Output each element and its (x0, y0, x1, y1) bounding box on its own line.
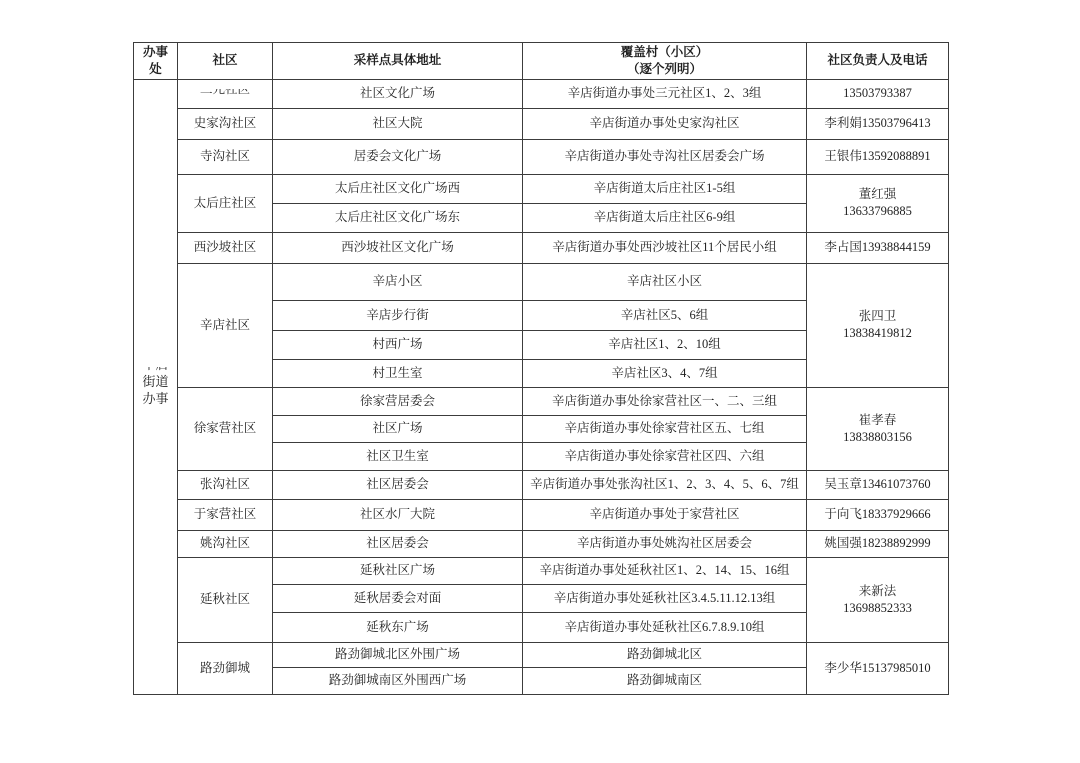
coverage-cell: 辛店街道办事处西沙坡社区11个居民小组 (523, 232, 807, 263)
community-cell: 西沙坡社区 (178, 232, 273, 263)
coverage-cell: 辛店街道办事处三元社区1、2、3组 (523, 79, 807, 108)
address-cell: 西沙坡社区文化广场 (273, 232, 523, 263)
address-cell: 居委会文化广场 (273, 139, 523, 174)
table-row: 西沙坡社区 西沙坡社区文化广场 辛店街道办事处西沙坡社区11个居民小组 李占国1… (134, 232, 949, 263)
table-row: 辛店社区 辛店小区 辛店社区小区 张四卫 13838419812 (134, 263, 949, 300)
address-cell: 社区广场 (273, 415, 523, 442)
coverage-cell: 辛店街道办事处徐家营社区一、二、三组 (523, 387, 807, 415)
address-cell: 太后庄社区文化广场东 (273, 203, 523, 232)
header-row: 办事处 社区 采样点具体地址 覆盖村（小区） （逐个列明） 社区负责人及电话 (134, 43, 949, 80)
coverage-cell: 辛店街道太后庄社区1-5组 (523, 174, 807, 203)
header-address: 采样点具体地址 (273, 43, 523, 80)
header-community: 社区 (178, 43, 273, 80)
contact-cell: 董红强 13633796885 (807, 174, 949, 232)
header-coverage: 覆盖村（小区） （逐个列明） (523, 43, 807, 80)
community-clip: 三元社区 (182, 89, 268, 99)
address-cell: 辛店步行街 (273, 300, 523, 330)
coverage-cell: 辛店社区3、4、7组 (523, 359, 807, 387)
contact-cell: 崔孝春 13838803156 (807, 387, 949, 470)
coverage-cell: 辛店街道办事处寺沟社区居委会广场 (523, 139, 807, 174)
coverage-cell: 辛店街道办事处张沟社区1、2、3、4、5、6、7组 (523, 470, 807, 499)
address-cell: 村西广场 (273, 330, 523, 359)
address-cell: 路劲御城南区外围西广场 (273, 667, 523, 694)
table-row: 史家沟社区 社区大院 辛店街道办事处史家沟社区 李利娟13503796413 (134, 108, 949, 139)
contact-cell: 来新法 13698852333 (807, 557, 949, 642)
coverage-cell: 辛店社区5、6组 (523, 300, 807, 330)
coverage-cell: 辛店街道办事处徐家营社区五、七组 (523, 415, 807, 442)
header-contact: 社区负责人及电话 (807, 43, 949, 80)
community-cell: 姚沟社区 (178, 530, 273, 557)
office-clip: 辛店街道办事处 (138, 367, 173, 407)
sampling-points-table: 办事处 社区 采样点具体地址 覆盖村（小区） （逐个列明） 社区负责人及电话 辛… (133, 42, 949, 695)
community-cell: 寺沟社区 (178, 139, 273, 174)
coverage-cell: 辛店街道办事处延秋社区3.4.5.11.12.13组 (523, 584, 807, 612)
table-row: 辛店街道办事处 三元社区 社区文化广场 辛店街道办事处三元社区1、2、3组 13… (134, 79, 949, 108)
address-cell: 路劲御城北区外围广场 (273, 642, 523, 667)
table-row: 于家营社区 社区水厂大院 辛店街道办事处于家营社区 于向飞18337929666 (134, 499, 949, 530)
community-cell: 路劲御城 (178, 642, 273, 694)
coverage-cell: 辛店街道太后庄社区6-9组 (523, 203, 807, 232)
table-row: 张沟社区 社区居委会 辛店街道办事处张沟社区1、2、3、4、5、6、7组 吴玉章… (134, 470, 949, 499)
community-cell: 徐家营社区 (178, 387, 273, 470)
header-office: 办事处 (134, 43, 178, 80)
address-cell: 社区居委会 (273, 470, 523, 499)
address-cell: 村卫生室 (273, 359, 523, 387)
community-cell: 史家沟社区 (178, 108, 273, 139)
contact-cell: 李占国13938844159 (807, 232, 949, 263)
address-cell: 延秋东广场 (273, 612, 523, 642)
community-cell: 于家营社区 (178, 499, 273, 530)
table-row: 太后庄社区 太后庄社区文化广场西 辛店街道太后庄社区1-5组 董红强 13633… (134, 174, 949, 203)
contact-cell: 李利娟13503796413 (807, 108, 949, 139)
office-name: 辛店街道办事处 (138, 367, 173, 407)
coverage-cell: 辛店社区小区 (523, 263, 807, 300)
community-name: 三元社区 (182, 89, 268, 98)
coverage-cell: 辛店街道办事处延秋社区1、2、14、15、16组 (523, 557, 807, 584)
address-cell: 社区文化广场 (273, 79, 523, 108)
address-cell: 辛店小区 (273, 263, 523, 300)
contact-cell: 张四卫 13838419812 (807, 263, 949, 387)
contact-cell: 姚国强18238892999 (807, 530, 949, 557)
community-cell: 辛店社区 (178, 263, 273, 387)
coverage-cell: 辛店街道办事处于家营社区 (523, 499, 807, 530)
coverage-cell: 辛店街道办事处姚沟社区居委会 (523, 530, 807, 557)
address-cell: 社区卫生室 (273, 442, 523, 470)
contact-cell: 13503793387 (807, 79, 949, 108)
contact-cell: 王银伟13592088891 (807, 139, 949, 174)
community-cell: 延秋社区 (178, 557, 273, 642)
table-row: 延秋社区 延秋社区广场 辛店街道办事处延秋社区1、2、14、15、16组 来新法… (134, 557, 949, 584)
community-cell: 三元社区 (178, 79, 273, 108)
community-cell: 太后庄社区 (178, 174, 273, 232)
coverage-cell: 路劲御城北区 (523, 642, 807, 667)
coverage-cell: 辛店街道办事处延秋社区6.7.8.9.10组 (523, 612, 807, 642)
address-cell: 社区大院 (273, 108, 523, 139)
contact-cell: 李少华15137985010 (807, 642, 949, 694)
table-row: 徐家营社区 徐家营居委会 辛店街道办事处徐家营社区一、二、三组 崔孝春 1383… (134, 387, 949, 415)
address-cell: 延秋社区广场 (273, 557, 523, 584)
address-cell: 徐家营居委会 (273, 387, 523, 415)
coverage-cell: 辛店街道办事处史家沟社区 (523, 108, 807, 139)
table-row: 寺沟社区 居委会文化广场 辛店街道办事处寺沟社区居委会广场 王银伟1359208… (134, 139, 949, 174)
community-cell: 张沟社区 (178, 470, 273, 499)
coverage-cell: 辛店街道办事处徐家营社区四、六组 (523, 442, 807, 470)
office-cell: 辛店街道办事处 (134, 79, 178, 694)
document-page: 办事处 社区 采样点具体地址 覆盖村（小区） （逐个列明） 社区负责人及电话 辛… (0, 0, 1080, 763)
contact-cell: 吴玉章13461073760 (807, 470, 949, 499)
coverage-cell: 辛店社区1、2、10组 (523, 330, 807, 359)
table-row: 姚沟社区 社区居委会 辛店街道办事处姚沟社区居委会 姚国强18238892999 (134, 530, 949, 557)
contact-cell: 于向飞18337929666 (807, 499, 949, 530)
table-row: 路劲御城 路劲御城北区外围广场 路劲御城北区 李少华15137985010 (134, 642, 949, 667)
coverage-cell: 路劲御城南区 (523, 667, 807, 694)
address-cell: 社区水厂大院 (273, 499, 523, 530)
address-cell: 延秋居委会对面 (273, 584, 523, 612)
address-cell: 社区居委会 (273, 530, 523, 557)
address-cell: 太后庄社区文化广场西 (273, 174, 523, 203)
